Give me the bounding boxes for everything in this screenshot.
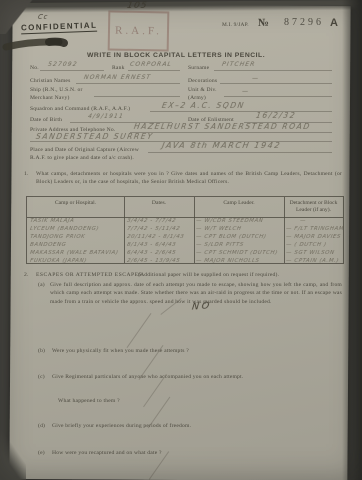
capture-value: JAVA 8th MARCH 1942 [161, 141, 282, 150]
ship-label: Ship (R.N., U.S.N. or Merchant Navy) [30, 86, 90, 103]
camp-cell: LYCEUM (BANDOENG) [29, 226, 99, 232]
christian-names-rule [76, 83, 180, 84]
question2a-label: (a) [38, 281, 45, 289]
question2e-text: How were you recaptured and on what date… [52, 449, 162, 457]
table-header-dates: Dates. [124, 200, 194, 207]
series-letter: A [330, 15, 338, 32]
capture-label: Place and Date of Original Capture (Airc… [30, 146, 142, 163]
decorations-value: — [251, 75, 259, 82]
question1-text: What camps, detachments or hospitals wer… [36, 170, 342, 187]
detachment-cell: — [299, 218, 306, 224]
capture-rule [148, 152, 332, 153]
dates-cell: 6/4/43 - 2/6/45 [126, 250, 176, 256]
question2c-follow-up: What happened to them ? [58, 397, 120, 405]
date-of-enlistment-value: 16/2/32 [255, 111, 297, 120]
dates-cell: 7/7/42 - 5/11/42 [126, 226, 180, 232]
dates-cell: 8/1/43 - 6/4/43 [126, 242, 176, 248]
mi-reference: M.I. 9/JAP. [222, 21, 249, 29]
camp-leader-cell: — CPT SCHMIDT (DUTCH) [195, 250, 278, 256]
rank-label: Rank [112, 64, 125, 72]
table-header-detachment-leader: Detachment or Block Leader (if any). [284, 200, 343, 215]
dates-cell: 3/4/42 - 7/7/42 [126, 218, 176, 224]
question2b-text: Were you physically fit when you made th… [52, 347, 189, 355]
address-rule-1 [130, 132, 332, 133]
question2c-text: Give Regimental particulars of anyone wh… [52, 373, 243, 381]
dates-cell: 2/6/45 - 13/9/45 [126, 258, 180, 264]
corner-pencil-note: Cc [37, 13, 49, 21]
decorations-label: Decorations [188, 77, 217, 85]
detachment-cell: — F/LT TRINGHAM [285, 226, 344, 232]
question2e-label: (e) [38, 449, 45, 457]
page-number-pencil: 105 [126, 1, 148, 11]
ship-rule [94, 96, 180, 97]
question1-number: 1. [24, 170, 29, 178]
address-value-line2: SANDERSTEAD SURREY [35, 132, 154, 141]
camp-cell: TANDJONG PRIOK [29, 234, 85, 240]
question2-number: 2. [24, 271, 29, 279]
table-header-camp: Camp or Hospital. [27, 200, 124, 207]
photo-right-edge [342, 0, 362, 480]
detachment-cell: — SGT WILSON [285, 250, 335, 256]
question2-note: (Additional paper will be supplied on re… [138, 271, 279, 279]
rank-rule [128, 70, 180, 71]
serial-number: 87296 [284, 17, 324, 28]
address-value-line1: HAZELHURST SANDERSTEAD ROAD [133, 122, 311, 131]
pencil-scribble [1, 34, 71, 54]
camp-leader-cell: — W/CDR STEEDMAN [195, 218, 263, 224]
no-value: 527092 [47, 61, 78, 68]
surname-label: Surname [188, 64, 209, 72]
question2c-label: (c) [38, 373, 45, 381]
raf-stamp-box: R.A.F. [108, 10, 170, 51]
question2a-answer: NO [191, 300, 212, 312]
detachment-cell: — ( DUTCH ) [285, 242, 327, 248]
surname-value: PITCHER [221, 61, 256, 68]
surname-rule [214, 70, 332, 71]
table-header-camp-leader: Camp Leader. [194, 200, 284, 207]
dates-cell: 20/11/42 - 8/1/43 [126, 234, 184, 240]
no-label: No. [30, 64, 39, 72]
camp-cell: TASIK MALAJA [29, 218, 74, 224]
camp-cell: FUKUOKA (JAPAN) [29, 258, 87, 264]
detachment-cell: — CPTAIN (A.M.) [285, 258, 339, 264]
photo-corner-bottom-left [0, 420, 26, 480]
rank-value: CORPORAL [129, 61, 172, 68]
decorations-rule [220, 83, 332, 84]
camp-leader-cell: — CPT BLOM (DUTCH) [195, 234, 267, 240]
christian-names-value: NORMAN ERNEST [83, 74, 151, 81]
camp-leader-cell: — W/T WELCH [195, 226, 241, 232]
camp-leader-cell: — MAJOR NICHOLLS [195, 258, 260, 264]
date-of-birth-value: 4/9/1911 [87, 113, 124, 120]
form-title: WRITE IN BLOCK CAPITAL LETTERS IN PENCIL… [87, 51, 265, 61]
camp-leader-cell: — S/LDR PITTS [195, 242, 244, 248]
number-symbol: № [258, 15, 269, 32]
camp-cell: MAKASSAR (WALE BATAVIA) [29, 250, 118, 256]
question2-heading: ESCAPES OR ATTEMPTED ESCAPES. [36, 271, 144, 279]
unit-div-value: — [241, 88, 249, 95]
squadron-rule [150, 111, 332, 112]
question2d-label: (d) [38, 422, 45, 430]
scanned-pow-questionnaire: Cc CONFIDENTIAL R.A.F. 105 M.I. 9/JAP. №… [0, 0, 362, 480]
unit-div-rule [224, 96, 332, 97]
question2b-label: (b) [38, 347, 45, 355]
date-of-birth-label: Date of Birth [30, 116, 62, 124]
camp-cell: BANDOENG [29, 242, 66, 248]
no-rule [40, 70, 104, 71]
detachment-cell: — MAJOR DAVIES [285, 234, 341, 240]
christian-names-label: Christian Names [30, 77, 70, 85]
question2d-text: Give briefly your experiences during per… [52, 422, 191, 430]
squadron-value: EX–2 A.C. SQDN [161, 101, 245, 110]
